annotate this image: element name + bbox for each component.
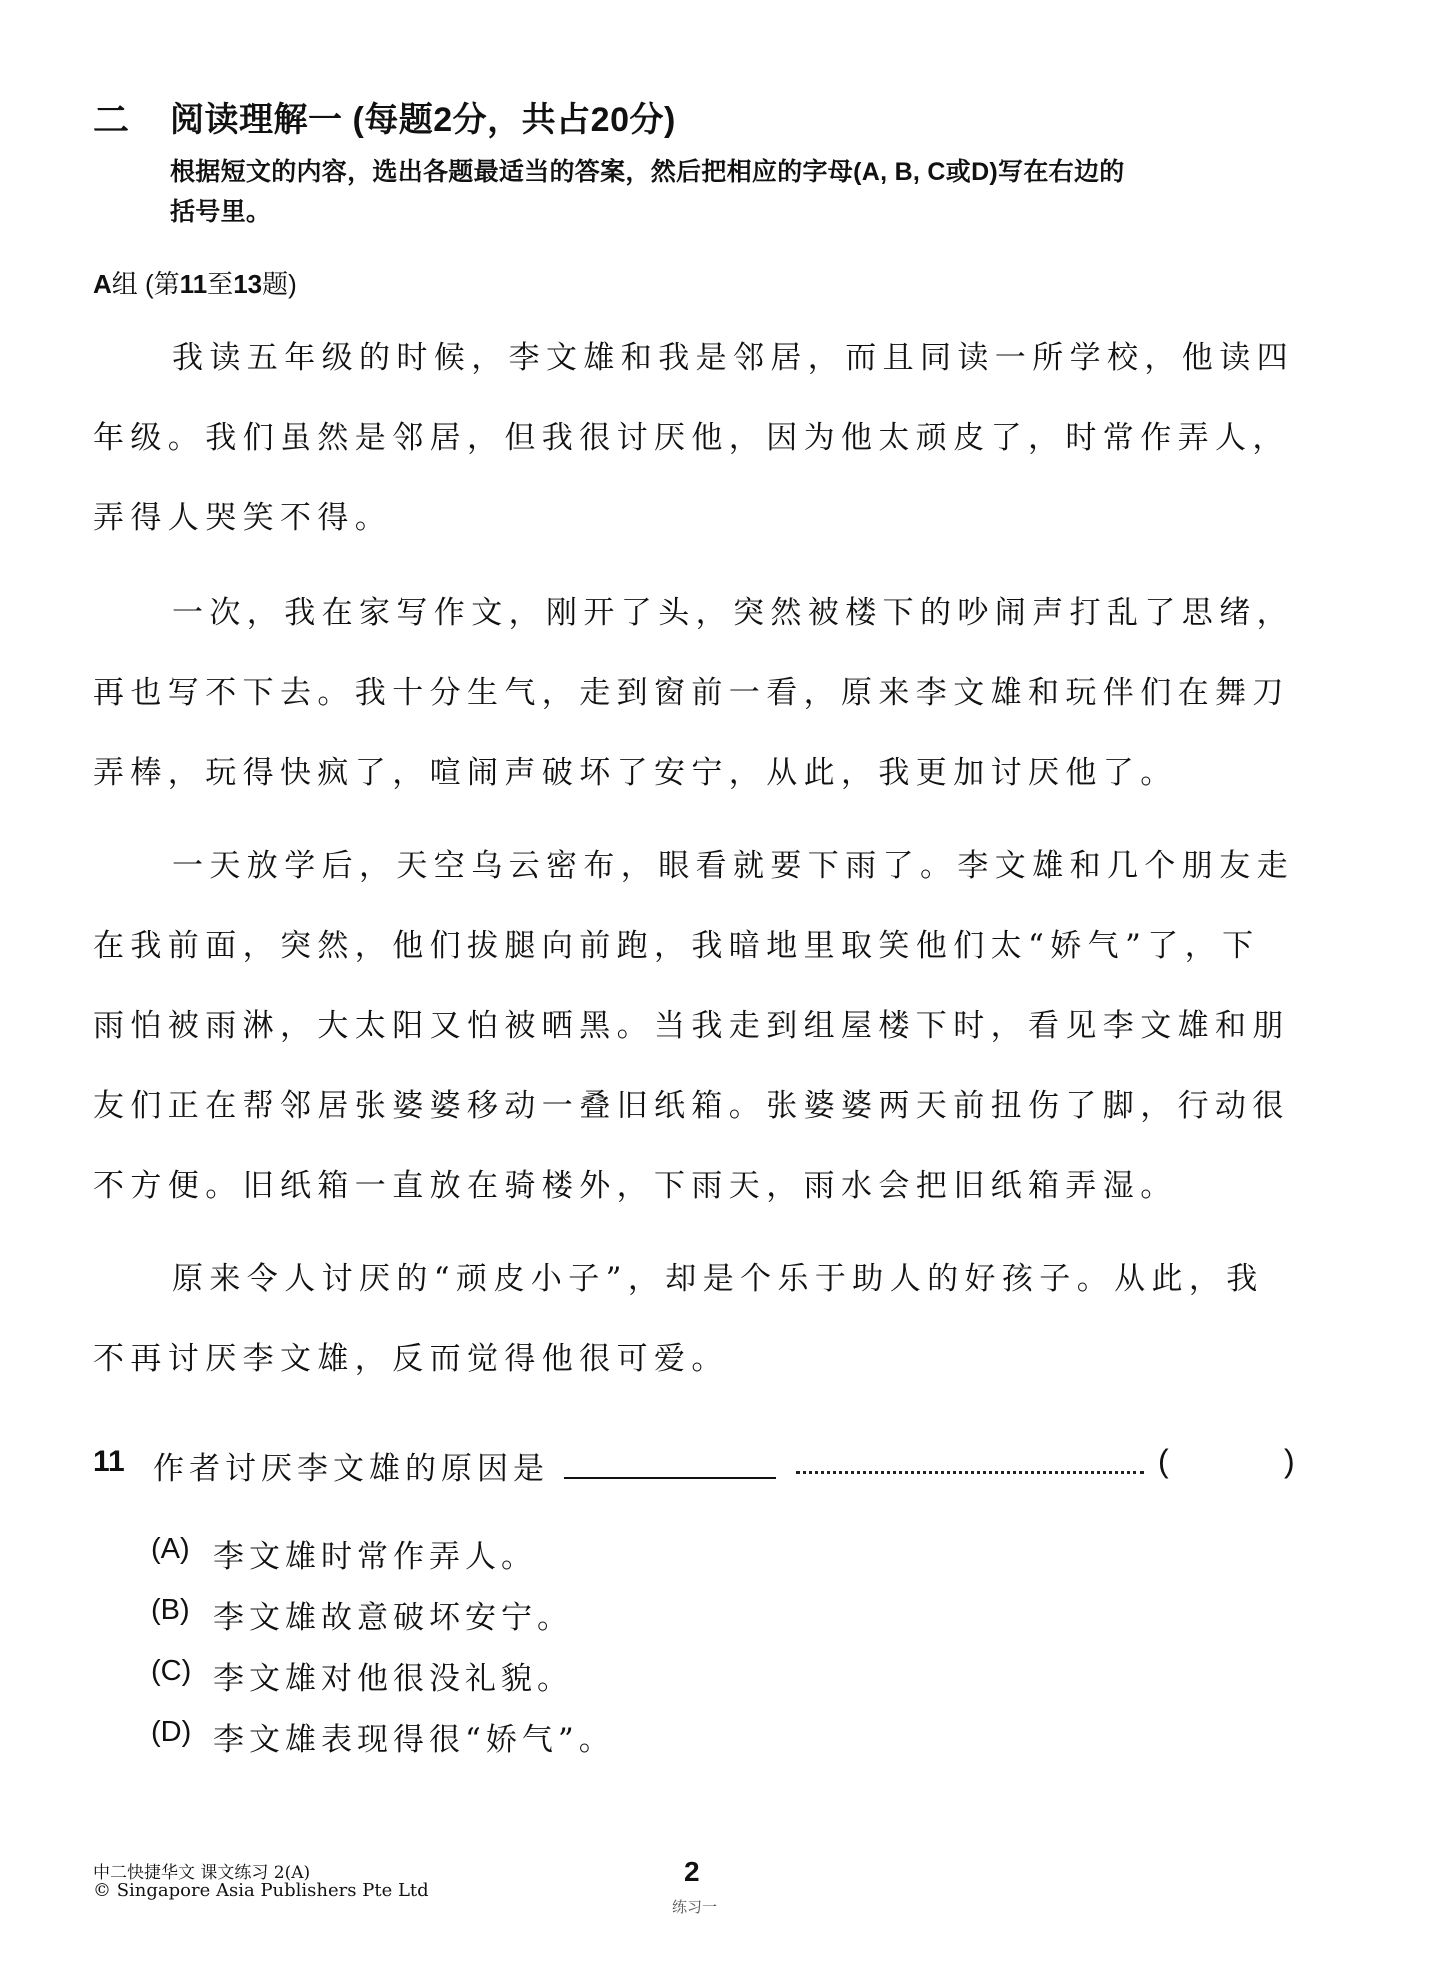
- question-text: 作者讨厌李文雄的原因是: [153, 1443, 549, 1488]
- passage-line: 弄得人哭笑不得。: [93, 498, 392, 538]
- section-number: 二: [93, 92, 129, 143]
- passage-line: 我读五年级的时候，李文雄和我是邻居，而且同读一所学校，他读四: [172, 338, 1294, 378]
- exercise-label: 练习一: [672, 1896, 717, 1917]
- instructions-line-2: 括号里。: [170, 192, 271, 228]
- option-label-b: (B): [151, 1594, 190, 1627]
- passage-line: 年级。我们虽然是邻居，但我很讨厌他，因为他太顽皮了，时常作弄人，: [93, 418, 1290, 458]
- passage-line: 不再讨厌李文雄，反而觉得他很可爱。: [93, 1339, 729, 1379]
- passage-line: 在我前面，突然，他们拔腿向前跑，我暗地里取笑他们太“娇气”了，下: [93, 926, 1260, 966]
- group-label: 组 (第: [112, 269, 180, 299]
- answer-bracket-open: (: [1158, 1443, 1169, 1480]
- option-text-a: 李文雄时常作弄人。: [213, 1531, 537, 1576]
- question-number: 11: [93, 1445, 125, 1479]
- passage-line: 雨怕被雨淋，大太阳又怕被晒黑。当我走到组屋楼下时，看见李文雄和朋: [93, 1006, 1290, 1046]
- passage-line: 友们正在帮邻居张婆婆移动一叠旧纸箱。张婆婆两天前扭伤了脚，行动很: [93, 1086, 1290, 1126]
- answer-bracket-close: ): [1284, 1443, 1295, 1480]
- option-text-d: 李文雄表现得很“娇气”。: [213, 1714, 615, 1759]
- passage-line: 一次，我在家写作文，刚开了头，突然被楼下的吵闹声打乱了思绪，: [172, 593, 1294, 633]
- group-end: 题): [262, 269, 297, 299]
- instructions-line-1: 根据短文的内容，选出各题最适当的答案，然后把相应的字母(A, B, C或D)写在…: [170, 152, 1125, 188]
- group-heading: A组 (第11至13题): [93, 264, 297, 301]
- option-label-d: (D): [151, 1716, 191, 1749]
- dotted-leader: [796, 1471, 1144, 1474]
- passage-line: 原来令人讨厌的“顽皮小子”，却是个乐于助人的好孩子。从此，我: [172, 1259, 1264, 1299]
- option-text-b: 李文雄故意破坏安宁。: [213, 1592, 573, 1637]
- section-title: 阅读理解一 (每题2分，共占20分): [170, 92, 676, 141]
- passage-line: 弄棒，玩得快疯了，喧闹声破坏了安宁，从此，我更加讨厌他了。: [93, 753, 1178, 793]
- passage-line: 再也写不下去。我十分生气，走到窗前一看，原来李文雄和玩伴们在舞刀: [93, 673, 1290, 713]
- page-number: 2: [684, 1856, 700, 1888]
- footer-copyright: © Singapore Asia Publishers Pte Ltd: [93, 1880, 429, 1901]
- passage-line: 一天放学后，天空乌云密布，眼看就要下雨了。李文雄和几个朋友走: [172, 846, 1294, 886]
- option-text-c: 李文雄对他很没礼貌。: [213, 1653, 573, 1698]
- option-label-c: (C): [151, 1655, 191, 1688]
- fill-in-blank: [564, 1477, 776, 1479]
- option-label-a: (A): [151, 1533, 190, 1566]
- passage-line: 不方便。旧纸箱一直放在骑楼外，下雨天，雨水会把旧纸箱弄湿。: [93, 1166, 1178, 1206]
- group-letter: A: [93, 269, 112, 299]
- group-to: 13: [233, 269, 262, 299]
- group-from: 11: [180, 269, 208, 299]
- group-to-label: 至: [207, 269, 233, 299]
